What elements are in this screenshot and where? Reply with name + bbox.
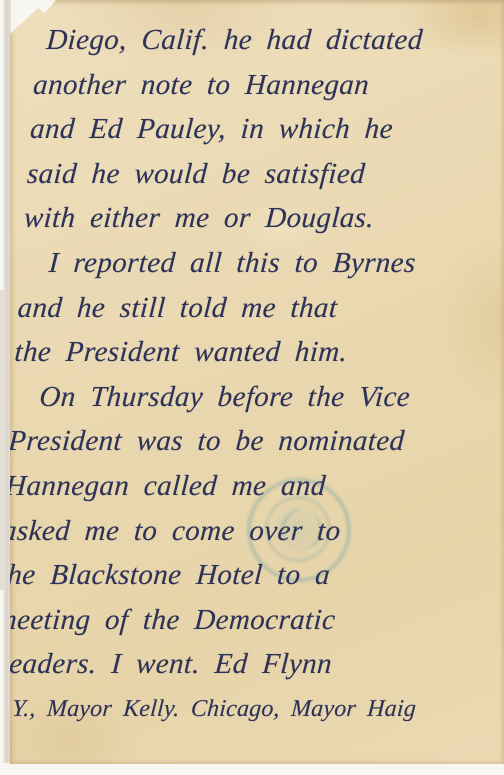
handwriting-line-12: asked me to come over to — [1, 509, 466, 554]
underlying-page-edge — [3, 0, 11, 763]
handwriting-line-8: the President wanted him. — [13, 330, 478, 375]
handwriting-line-10: President was to be nominated — [7, 419, 472, 464]
handwriting-line-13: the Blackstone Hotel to a — [0, 553, 463, 598]
handwriting-line-1: Diego, Calif. he had dictated — [35, 18, 500, 63]
handwriting-line-9: On Thursday before the Vice — [10, 375, 475, 420]
scanned-document-page: Diego, Calif. he had dictated another no… — [0, 0, 504, 775]
handwriting-line-14: meeting of the Democratic — [0, 598, 459, 643]
note-paper-sheet: Diego, Calif. he had dictated another no… — [10, 0, 504, 764]
scan-bottom-margin — [0, 764, 504, 775]
handwriting-line-4: said he would be satisfied — [26, 152, 491, 197]
handwriting-line-16: N.Y., Mayor Kelly. Chicago, Mayor Haig — [0, 687, 453, 732]
handwriting-line-11: Hannegan called me and — [4, 464, 469, 509]
handwriting-line-6: I reported all this to Byrnes — [19, 241, 484, 286]
handwriting-line-2: another note to Hannegan — [32, 63, 497, 108]
handwriting-line-7: and he still told me that — [16, 286, 481, 331]
handwriting-text: Diego, Calif. he had dictated another no… — [0, 18, 500, 732]
handwriting-line-5: with either me or Douglas. — [22, 196, 487, 241]
handwriting-line-3: and Ed Pauley, in which he — [29, 107, 494, 152]
handwriting-line-15: Leaders. I went. Ed Flynn — [0, 642, 456, 687]
underlying-page-edge-dark — [0, 290, 4, 590]
